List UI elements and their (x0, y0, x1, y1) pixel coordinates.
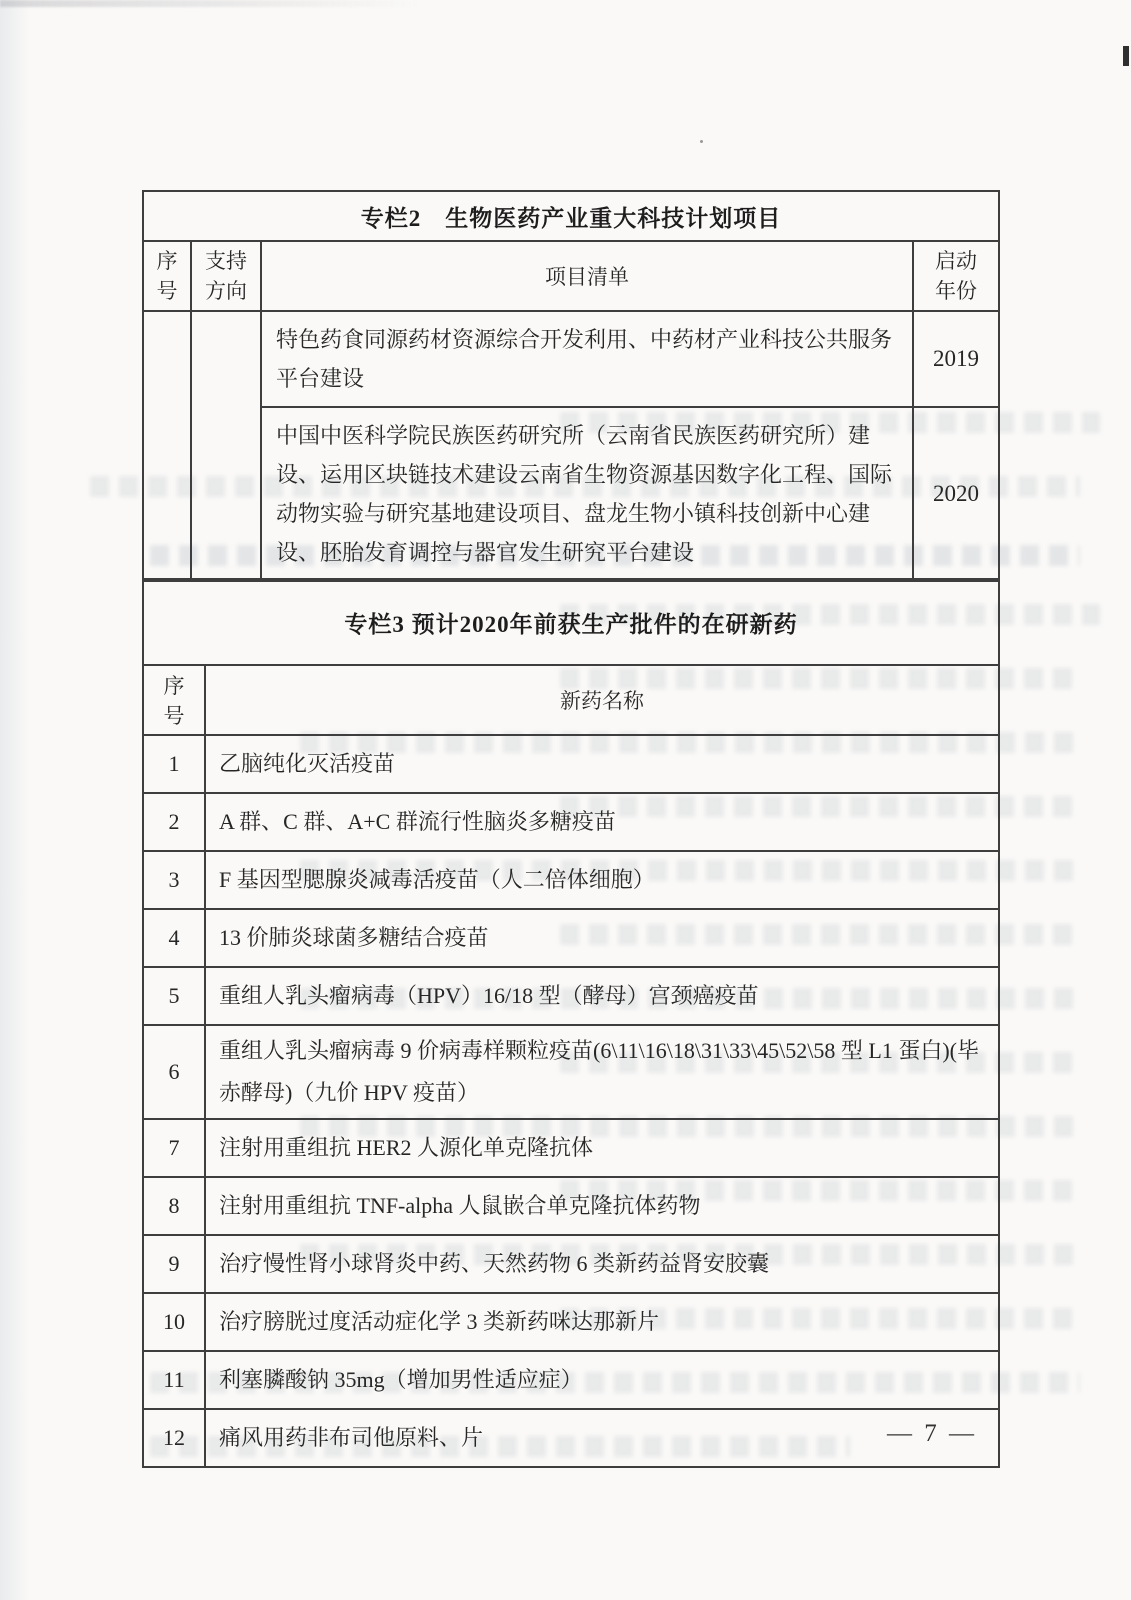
seq-cell: 11 (143, 1351, 205, 1409)
seq-cell: 6 (143, 1025, 205, 1119)
column-header-projects: 项目清单 (261, 241, 913, 311)
table-row: 特色药食同源药材资源综合开发利用、中药材产业科技公共服务平台建设 2019 (143, 311, 999, 407)
table-row: 7 注射用重组抗 HER2 人源化单克隆抗体 (143, 1119, 999, 1177)
seq-cell: 7 (143, 1119, 205, 1177)
seq-cell: 5 (143, 967, 205, 1025)
seq-cell: 10 (143, 1293, 205, 1351)
scanned-document-page: { "page": { "number_label": "— 7 —" }, "… (0, 0, 1131, 1600)
seq-cell: 8 (143, 1177, 205, 1235)
table-row: 1 乙脑纯化灭活疫苗 (143, 735, 999, 793)
column-header-seq: 序号 (143, 241, 191, 311)
drug-name-cell: A 群、C 群、A+C 群流行性脑炎多糖疫苗 (205, 793, 999, 851)
column-header-drug-name: 新药名称 (205, 665, 999, 735)
project-cell: 特色药食同源药材资源综合开发利用、中药材产业科技公共服务平台建设 (261, 311, 913, 407)
drug-name-cell: 重组人乳头瘤病毒（HPV）16/18 型（酵母）宫颈癌疫苗 (205, 967, 999, 1025)
table-row: 专栏3 预计2020年前获生产批件的在研新药 (143, 579, 999, 665)
table-row: 5 重组人乳头瘤病毒（HPV）16/18 型（酵母）宫颈癌疫苗 (143, 967, 999, 1025)
table-row: 8 注射用重组抗 TNF-alpha 人鼠嵌合单克隆抗体药物 (143, 1177, 999, 1235)
table-row: 2 A 群、C 群、A+C 群流行性脑炎多糖疫苗 (143, 793, 999, 851)
table-row: 12 痛风用药非布司他原料、片 (143, 1409, 999, 1467)
table-header-row: 序号 支持方向 项目清单 启动年份 (143, 241, 999, 311)
empty-seq-cell (143, 311, 191, 581)
column-header-seq: 序号 (143, 665, 205, 735)
table-row: 中国中医科学院民族医药研究所（云南省民族医药研究所）建设、运用区块链技术建设云南… (143, 407, 999, 581)
table-row: 11 利塞膦酸钠 35mg（增加男性适应症） (143, 1351, 999, 1409)
seq-cell: 3 (143, 851, 205, 909)
seq-cell: 9 (143, 1235, 205, 1293)
seq-cell: 12 (143, 1409, 205, 1467)
drug-name-cell: 重组人乳头瘤病毒 9 价病毒样颗粒疫苗(6\11\16\18\31\33\45\… (205, 1025, 999, 1119)
table-row: 专栏2 生物医药产业重大科技计划项目 (143, 191, 999, 241)
drug-name-cell: 注射用重组抗 TNF-alpha 人鼠嵌合单克隆抗体药物 (205, 1177, 999, 1235)
project-cell: 中国中医科学院民族医药研究所（云南省民族医药研究所）建设、运用区块链技术建设云南… (261, 407, 913, 581)
table-row: 6 重组人乳头瘤病毒 9 价病毒样颗粒疫苗(6\11\16\18\31\33\4… (143, 1025, 999, 1119)
drug-name-cell: 治疗慢性肾小球肾炎中药、天然药物 6 类新药益肾安胶囊 (205, 1235, 999, 1293)
drug-name-cell: 乙脑纯化灭活疫苗 (205, 735, 999, 793)
table-header-row: 序号 新药名称 (143, 665, 999, 735)
column-header-direction: 支持方向 (191, 241, 261, 311)
table-row: 4 13 价肺炎球菌多糖结合疫苗 (143, 909, 999, 967)
year-cell: 2020 (913, 407, 999, 581)
drug-name-cell: 利塞膦酸钠 35mg（增加男性适应症） (205, 1351, 999, 1409)
drug-name-cell: 注射用重组抗 HER2 人源化单克隆抗体 (205, 1119, 999, 1177)
scan-speck (700, 140, 703, 143)
column-header-year: 启动年份 (913, 241, 999, 311)
scan-artifact-mark (1123, 46, 1129, 66)
drug-name-cell: 治疗膀胱过度活动症化学 3 类新药咪达那新片 (205, 1293, 999, 1351)
seq-cell: 4 (143, 909, 205, 967)
page-number: — 7 — (872, 1420, 992, 1448)
seq-cell: 1 (143, 735, 205, 793)
scan-edge-smudge (0, 0, 420, 7)
paper-edge-shadow (0, 0, 30, 1600)
drug-name-cell: 13 价肺炎球菌多糖结合疫苗 (205, 909, 999, 967)
table-row: 10 治疗膀胱过度活动症化学 3 类新药咪达那新片 (143, 1293, 999, 1351)
new-drugs-table: 专栏3 预计2020年前获生产批件的在研新药 序号 新药名称 1 乙脑纯化灭活疫… (142, 578, 1000, 1468)
drug-name-cell: F 基因型腮腺炎减毒活疫苗（人二倍体细胞） (205, 851, 999, 909)
year-cell: 2019 (913, 311, 999, 407)
table1-title: 专栏2 生物医药产业重大科技计划项目 (143, 191, 999, 241)
table2-title: 专栏3 预计2020年前获生产批件的在研新药 (143, 579, 999, 665)
major-sci-tech-projects-table: 专栏2 生物医药产业重大科技计划项目 序号 支持方向 项目清单 启动年份 特色药… (142, 190, 1000, 582)
seq-cell: 2 (143, 793, 205, 851)
table-row: 3 F 基因型腮腺炎减毒活疫苗（人二倍体细胞） (143, 851, 999, 909)
empty-direction-cell (191, 311, 261, 581)
table-row: 9 治疗慢性肾小球肾炎中药、天然药物 6 类新药益肾安胶囊 (143, 1235, 999, 1293)
